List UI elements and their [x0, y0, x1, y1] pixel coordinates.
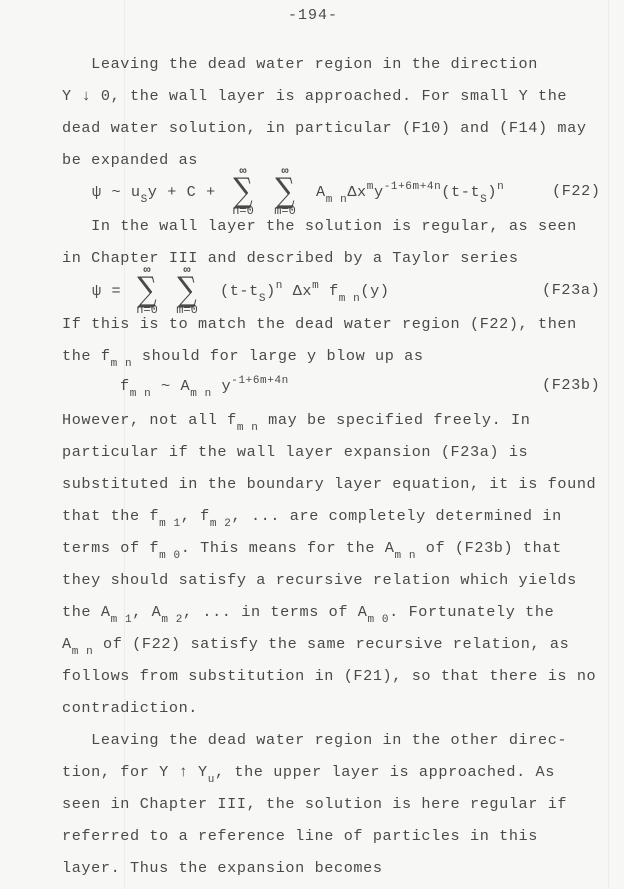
- equation-tag: (F22): [552, 182, 601, 200]
- text-line: contradiction.: [62, 698, 198, 718]
- text-line: Leaving the dead water region in the dir…: [62, 54, 538, 74]
- page-number: -194-: [288, 7, 338, 24]
- text-line: Leaving the dead water region in the oth…: [62, 730, 567, 750]
- text-line: In the wall layer the solution is regula…: [62, 216, 577, 236]
- text-line: Y ↓ 0, the wall layer is approached. For…: [62, 86, 567, 106]
- text-line: that the fm 1, fm 2, ... are completely …: [62, 506, 562, 526]
- text-line: substituted in the boundary layer equati…: [62, 474, 596, 494]
- text-line: follows from substitution in (F21), so t…: [62, 666, 596, 686]
- down-arrow-icon: ↓: [81, 87, 91, 105]
- text-line: terms of fm 0. This means for the Am n o…: [62, 538, 562, 558]
- text-line: they should satisfy a recursive relation…: [62, 570, 577, 590]
- text-line: referred to a reference line of particle…: [62, 826, 538, 846]
- scan-artifact-line: [608, 0, 609, 889]
- summation-symbol: ∞∑n=0: [230, 176, 256, 206]
- document-page: -194- Leaving the dead water region in t…: [0, 0, 624, 889]
- text-line: If this is to match the dead water regio…: [62, 314, 577, 334]
- text-line: the Am 1, Am 2, ... in terms of Am 0. Fo…: [62, 602, 554, 622]
- summation-symbol: ∞∑n=0: [134, 275, 160, 305]
- summation-symbol: ∞∑m=0: [272, 176, 298, 206]
- text-line: However, not all fm n may be specified f…: [62, 410, 530, 430]
- equation-tag: (F23a): [542, 281, 600, 299]
- text-line: in Chapter III and described by a Taylor…: [62, 248, 519, 268]
- text-line: seen in Chapter III, the solution is her…: [62, 794, 567, 814]
- text-line: be expanded as: [62, 150, 198, 170]
- text-line: particular if the wall layer expansion (…: [62, 442, 528, 462]
- text-line: tion, for Y ↑ Yu, the upper layer is app…: [62, 762, 555, 782]
- up-arrow-icon: ↑: [179, 763, 189, 781]
- text-line: Am n of (F22) satisfy the same recursive…: [62, 634, 569, 654]
- text-line: dead water solution, in particular (F10)…: [62, 118, 587, 138]
- equation-tag: (F23b): [542, 376, 600, 394]
- text-line: layer. Thus the expansion becomes: [62, 858, 383, 878]
- text-line: the fm n should for large y blow up as: [62, 346, 424, 366]
- summation-symbol: ∞∑m=0: [174, 275, 200, 305]
